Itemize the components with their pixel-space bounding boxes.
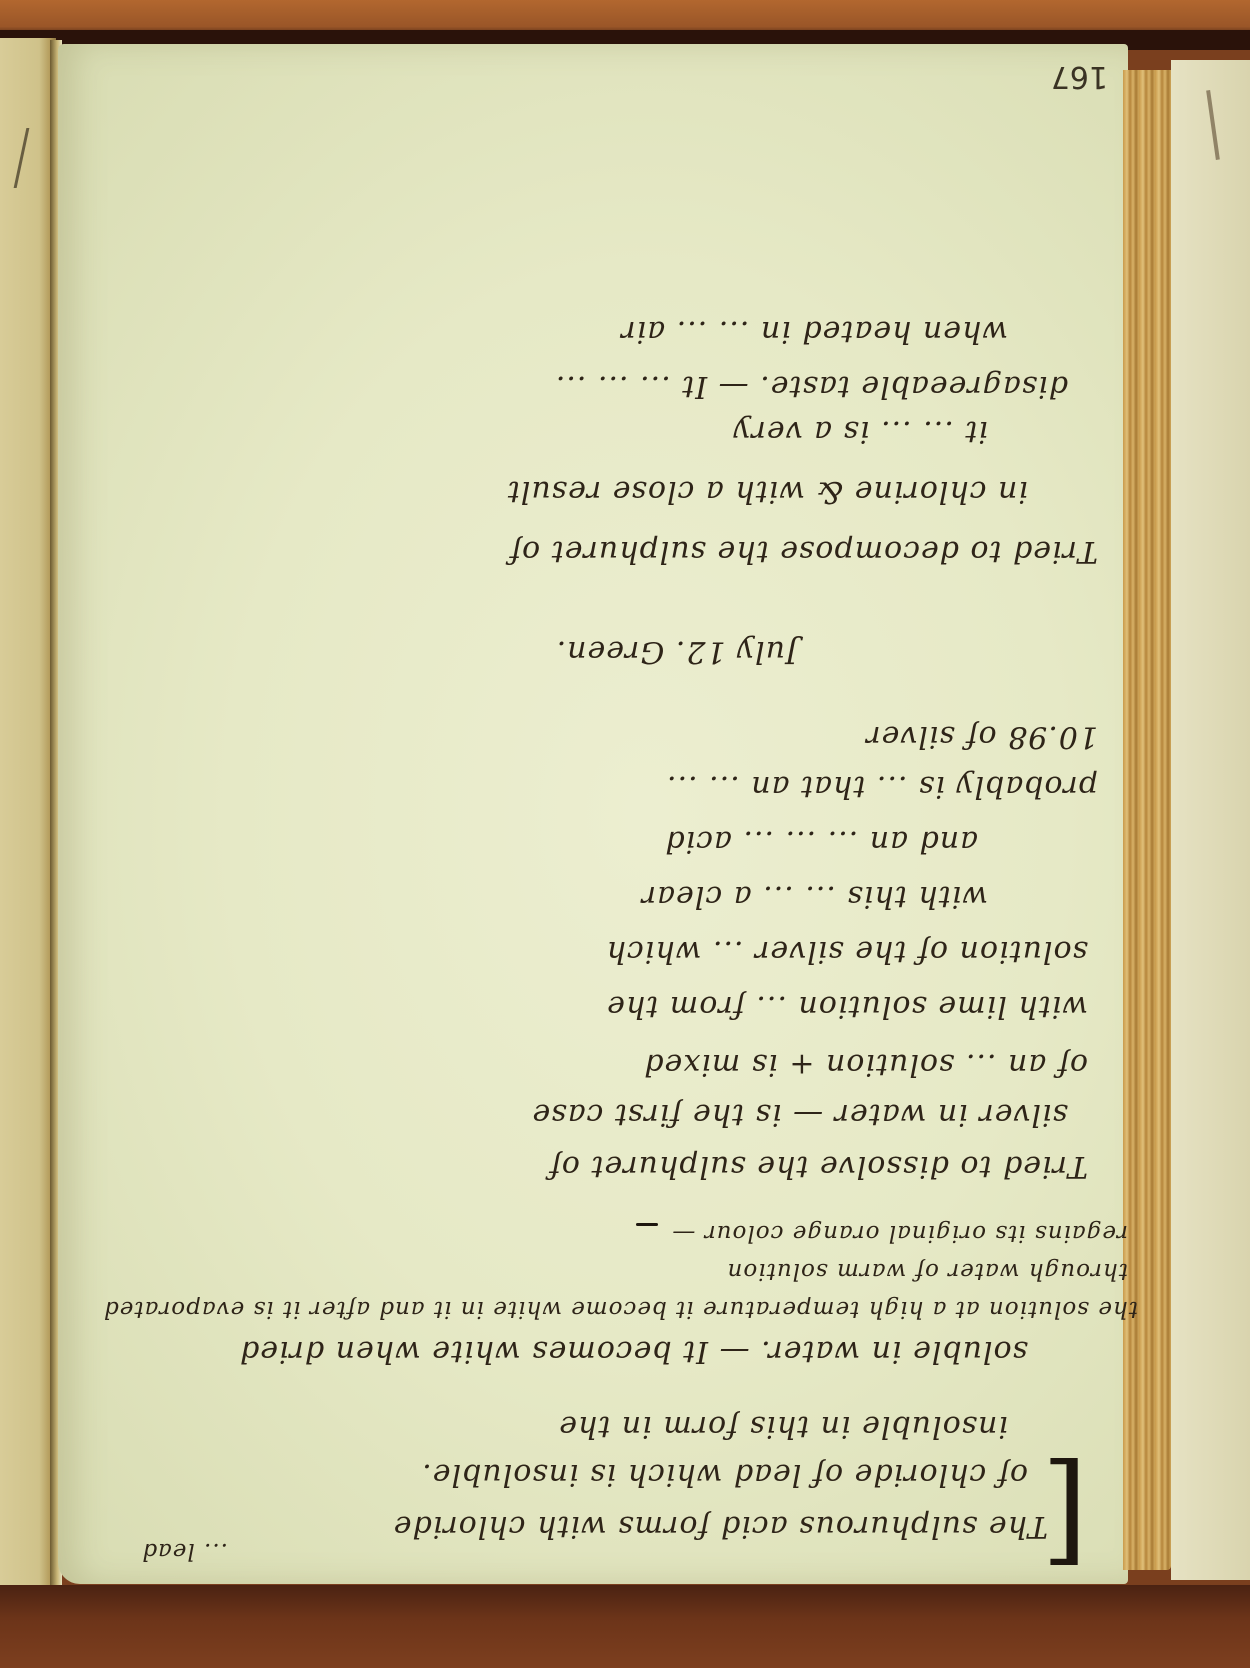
entry-date-heading: July 12. Green. xyxy=(556,634,798,669)
handwritten-line: 10.98 of silver xyxy=(865,719,1098,754)
handwritten-line: regains its original orange colour — xyxy=(671,1220,1128,1246)
margin-ink-mark xyxy=(0,128,29,188)
end-dash xyxy=(636,1223,658,1226)
facing-page-right-sliver xyxy=(1171,60,1250,1580)
handwritten-line: silver in water — is the first case xyxy=(532,1097,1068,1132)
handwritten-line: probably is ... that an ... ... xyxy=(666,769,1098,804)
handwritten-line: with this ... ... a clear xyxy=(641,879,988,914)
page-number: 167 xyxy=(1051,59,1108,94)
handwritten-line: in chlorine & with a close result xyxy=(507,474,1028,509)
facing-page-left xyxy=(0,38,56,1598)
handwritten-line: Tried to dissolve the sulphuret of xyxy=(549,1149,1088,1184)
page-edges-stack xyxy=(1123,70,1171,1570)
handwritten-line: it ... ... is a very xyxy=(733,414,988,449)
margin-ink-mark xyxy=(1206,90,1220,160)
handwritten-line: disagreeable taste. — It ... ... ... xyxy=(555,369,1068,404)
handwritten-line: with lime solution ... from the xyxy=(606,989,1088,1024)
entry-bracket: [ xyxy=(1041,1445,1088,1584)
handwritten-line: insoluble in this form in the xyxy=(558,1409,1008,1444)
handwritten-line: when heated in ... ... air xyxy=(620,314,1008,349)
wooden-table-foreground xyxy=(0,1585,1250,1668)
handwritten-line: of chloride of lead which is insoluble. xyxy=(421,1457,1028,1492)
margin-note: ... lead xyxy=(141,1538,228,1564)
handwritten-line: soluble in water. — It becomes white whe… xyxy=(239,1334,1028,1369)
handwritten-line: through water of warm solution xyxy=(727,1258,1128,1284)
handwritten-line: solution of the silver ... which xyxy=(606,934,1088,969)
handwritten-line: and an ... ... ... acid xyxy=(664,824,978,859)
handwriting-layer: [ The sulphurous acid forms with chlorid… xyxy=(58,44,1128,1584)
handwritten-line: Tried to decompose the sulphuret of xyxy=(509,534,1098,569)
handwritten-line: The sulphurous acid forms with chloride xyxy=(393,1509,1048,1544)
handwritten-line: the solution at a high temperature it be… xyxy=(103,1296,1138,1322)
handwritten-line: of an ... solution + is mixed xyxy=(643,1047,1088,1082)
